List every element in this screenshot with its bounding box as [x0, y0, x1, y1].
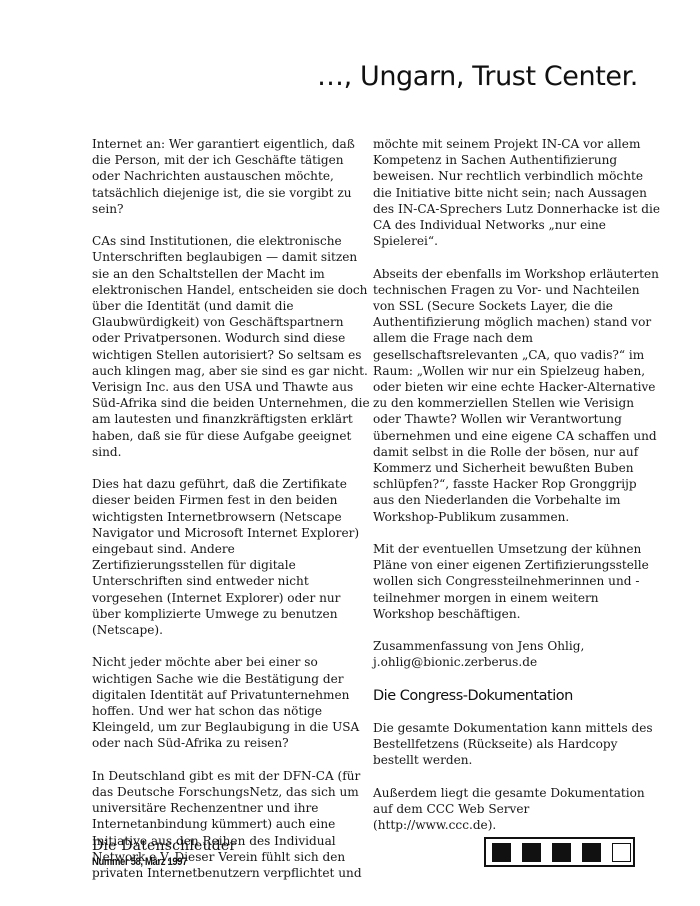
article-column-left: Internet an: Wer garantiert eigentlich, … — [92, 136, 370, 897]
filled-square-icon — [552, 843, 571, 862]
page-headline: …, Ungarn, Trust Center. — [300, 61, 638, 92]
paragraph: Mit der eventuellen Umsetzung der kühnen… — [373, 541, 661, 622]
paragraph: Außerdem liegt die gesamte Dokumentation… — [373, 785, 661, 834]
article-column-right: möchte mit seinem Projekt IN-CA vor alle… — [373, 136, 661, 849]
paragraph: Abseits der ebenfalls im Workshop erläut… — [373, 266, 661, 525]
paragraph: CAs sind Institutionen, die elektronisch… — [92, 233, 370, 460]
paragraph: Nicht jeder möchte aber bei einer so wic… — [92, 654, 370, 751]
filled-square-icon — [492, 843, 511, 862]
paragraph: möchte mit seinem Projekt IN-CA vor alle… — [373, 136, 661, 249]
publication-title: Die Datenschleuder — [92, 838, 236, 854]
filled-square-icon — [582, 843, 601, 862]
issue-info: Nummer 58, März 1997 — [92, 856, 187, 868]
empty-square-icon — [612, 843, 631, 862]
section-heading: Die Congress-Dokumentation — [373, 687, 661, 705]
filled-square-icon — [522, 843, 541, 862]
paragraph: Dies hat dazu geführt, daß die Zertifika… — [92, 476, 370, 638]
paragraph: Die gesamte Dokumentation kann mittels d… — [373, 720, 661, 769]
rating-indicator — [484, 837, 635, 867]
paragraph: Internet an: Wer garantiert eigentlich, … — [92, 136, 370, 217]
author-credit: Zusammenfassung von Jens Ohlig, j.ohlig@… — [373, 638, 661, 670]
